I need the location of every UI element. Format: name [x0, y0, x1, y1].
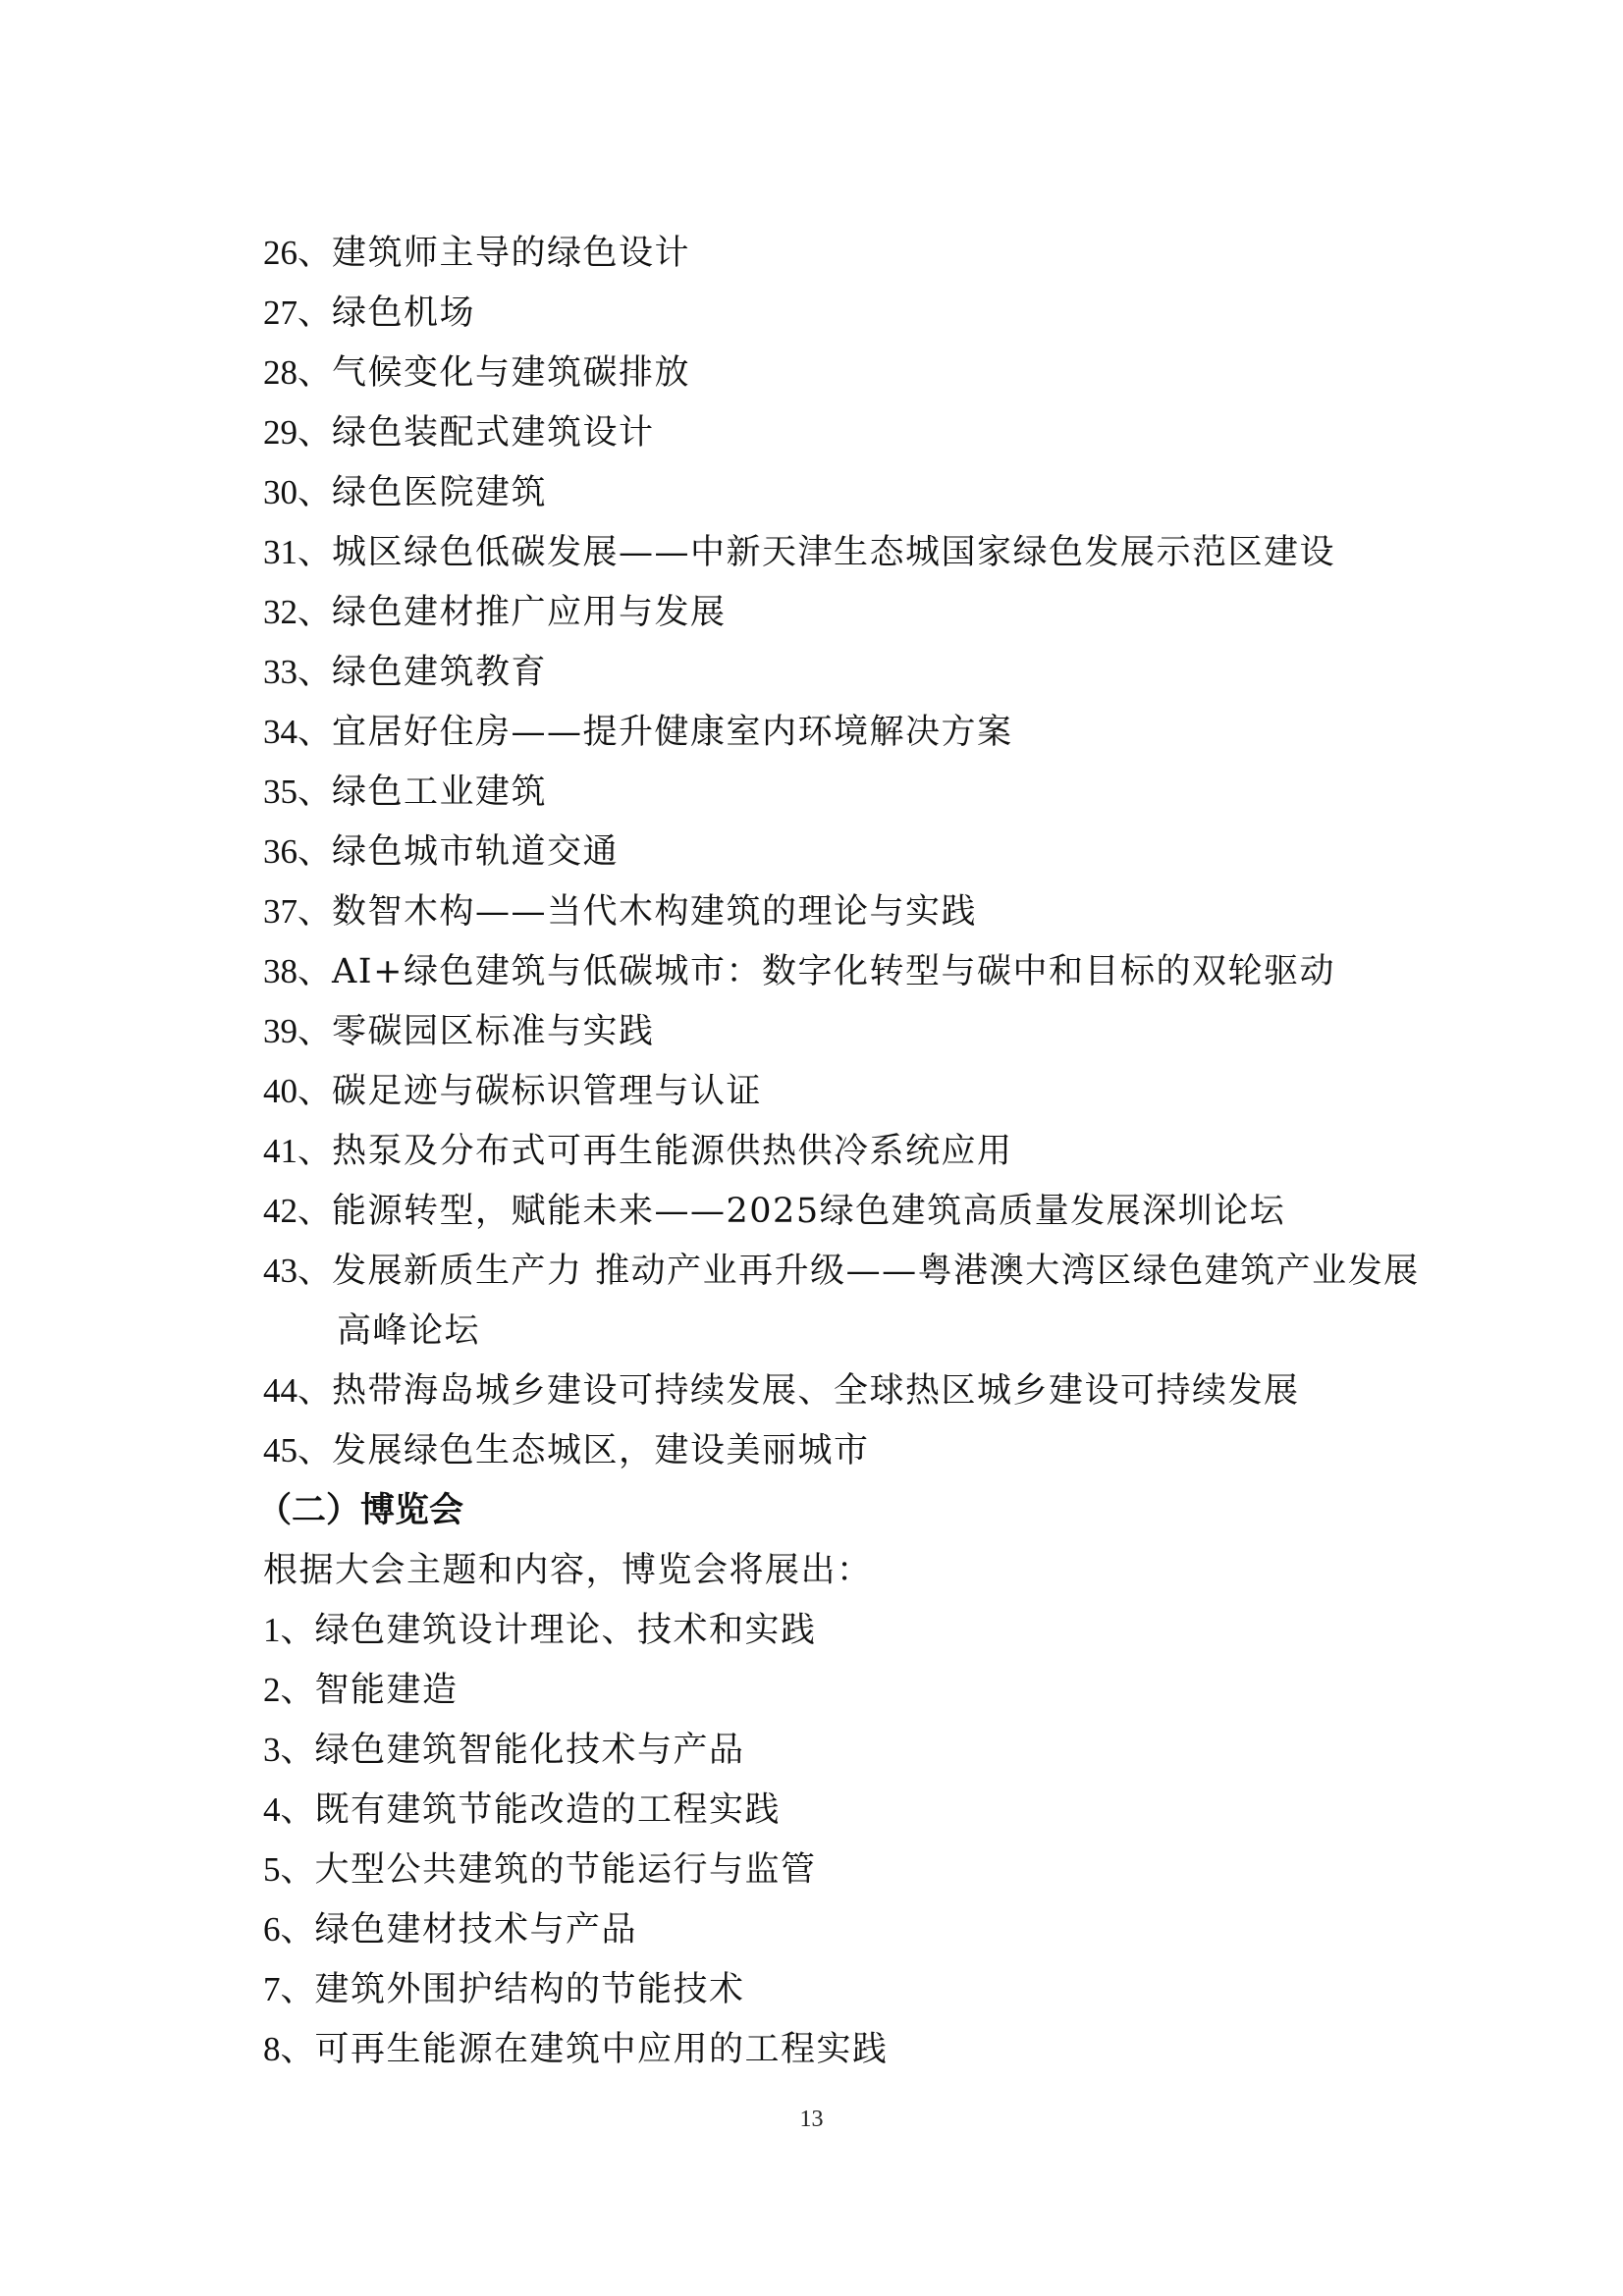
forum-topic-28: 28、气候变化与建筑碳排放	[263, 351, 690, 395]
expo-item-8: 8、可再生能源在建筑中应用的工程实践	[263, 2028, 889, 2071]
forum-topic-30: 30、绿色医院建筑	[263, 471, 547, 514]
expo-item-6: 6、绿色建材技术与产品	[263, 1908, 637, 1951]
forum-topic-34: 34、宜居好住房——提升健康室内环境解决方案	[263, 711, 1013, 754]
expo-item-3: 3、绿色建筑智能化技术与产品	[263, 1729, 745, 1772]
forum-topic-27: 27、绿色机场	[263, 292, 475, 335]
forum-topic-26: 26、建筑师主导的绿色设计	[263, 232, 690, 275]
forum-topic-31: 31、城区绿色低碳发展——中新天津生态城国家绿色发展示范区建设	[263, 531, 1335, 574]
forum-topic-35: 35、绿色工业建筑	[263, 771, 547, 814]
forum-topic-36: 36、绿色城市轨道交通	[263, 830, 619, 874]
forum-topic-44: 44、热带海岛城乡建设可持续发展、全球热区城乡建设可持续发展	[263, 1369, 1300, 1413]
section-heading-expo: （二）博览会	[257, 1489, 463, 1532]
forum-topic-32: 32、绿色建材推广应用与发展	[263, 591, 727, 634]
expo-item-4: 4、既有建筑节能改造的工程实践	[263, 1789, 781, 1832]
expo-intro: 根据大会主题和内容，博览会将展出：	[263, 1549, 873, 1592]
forum-topic-40: 40、碳足迹与碳标识管理与认证	[263, 1070, 762, 1113]
forum-topic-43: 43、发展新质生产力 推动产业再升级——粤港澳大湾区绿色建筑产业发展	[263, 1250, 1420, 1293]
forum-topic-41: 41、热泵及分布式可再生能源供热供冷系统应用	[263, 1130, 1013, 1173]
forum-topic-45: 45、发展绿色生态城区，建设美丽城市	[263, 1429, 870, 1472]
forum-topic-37: 37、数智木构——当代木构建筑的理论与实践	[263, 890, 977, 934]
page-number: 13	[0, 2107, 1623, 2133]
expo-item-7: 7、建筑外围护结构的节能技术	[263, 1968, 745, 2011]
forum-topic-42: 42、能源转型，赋能未来——2025绿色建筑高质量发展深圳论坛	[263, 1190, 1285, 1233]
document-page: 26、建筑师主导的绿色设计 27、绿色机场 28、气候变化与建筑碳排放 29、绿…	[0, 0, 1623, 2296]
expo-item-2: 2、智能建造	[263, 1669, 459, 1712]
expo-item-1: 1、绿色建筑设计理论、技术和实践	[263, 1609, 817, 1652]
forum-topic-38: 38、AI+绿色建筑与低碳城市：数字化转型与碳中和目标的双轮驱动	[263, 950, 1335, 993]
forum-topic-33: 33、绿色建筑教育	[263, 651, 547, 694]
forum-topic-43-continuation: 高峰论坛	[337, 1309, 480, 1353]
expo-item-5: 5、大型公共建筑的节能运行与监管	[263, 1848, 817, 1892]
forum-topic-29: 29、绿色装配式建筑设计	[263, 411, 655, 454]
forum-topic-39: 39、零碳园区标准与实践	[263, 1010, 655, 1053]
